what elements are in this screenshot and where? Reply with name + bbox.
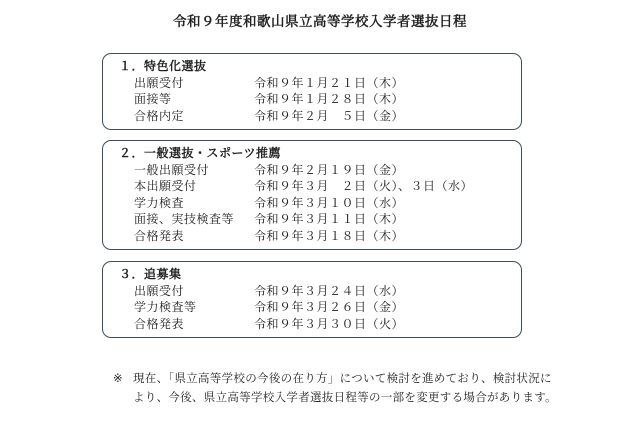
reference-mark: ※	[113, 370, 133, 408]
event-date: 令和９年３月１８日（木）	[254, 228, 521, 245]
footnote: ※ 現在、「県立高等学校の今後の在り方」について検討を進めており、検討状況に よ…	[113, 370, 640, 408]
schedule-row: 合格内定 令和９年２月 ５日（金）	[119, 108, 521, 125]
section-heading: ３．追募集	[119, 266, 521, 283]
event-date: 令和９年２月１９日（金）	[254, 162, 521, 179]
page-title: 令和９年度和歌山県立高等学校入学者選抜日程	[0, 0, 640, 30]
section-tsuibosyu: ３．追募集 出願受付 令和９年３月２４日（水） 学力検査等 令和９年３月２６日（…	[102, 261, 522, 338]
event-date: 令和９年１月２１日（木）	[254, 75, 521, 92]
schedule-row: 出願受付 令和９年３月２４日（水）	[119, 283, 521, 300]
footnote-text: 現在、「県立高等学校の今後の在り方」について検討を進めており、検討状況に より、…	[133, 370, 557, 408]
schedule-document: 令和９年度和歌山県立高等学校入学者選抜日程 １．特色化選抜 出願受付 令和９年１…	[0, 0, 640, 426]
event-label: 合格発表	[134, 316, 254, 333]
section-ippan-senbatsu-sports-suisen: ２．一般選抜・スポーツ推薦 一般出願受付 令和９年２月１９日（金） 本出願受付 …	[102, 140, 522, 250]
schedule-row: 合格発表 令和９年３月３０日（火）	[119, 316, 521, 333]
event-date: 令和９年３月２４日（水）	[254, 283, 521, 300]
schedule-row: 学力検査等 令和９年３月２６日（金）	[119, 299, 521, 316]
schedule-row: 一般出願受付 令和９年２月１９日（金）	[119, 162, 521, 179]
event-label: 合格内定	[134, 108, 254, 125]
schedule-row: 学力検査 令和９年３月１０日（水）	[119, 195, 521, 212]
event-label: 本出願受付	[134, 178, 254, 195]
event-date: 令和９年３月１１日（木）	[254, 211, 521, 228]
schedule-row: 本出願受付 令和９年３月 ２日（火）、３日（水）	[119, 178, 521, 195]
section-tokushokuka-senbatsu: １．特色化選抜 出願受付 令和９年１月２１日（木） 面接等 令和９年１月２８日（…	[102, 53, 522, 130]
event-label: 一般出願受付	[134, 162, 254, 179]
schedule-row: 出願受付 令和９年１月２１日（木）	[119, 75, 521, 92]
footnote-line: 現在、「県立高等学校の今後の在り方」について検討を進めており、検討状況に	[133, 370, 557, 389]
schedule-row: 面接、実技検査等 令和９年３月１１日（木）	[119, 211, 521, 228]
event-date: 令和９年１月２８日（木）	[254, 91, 521, 108]
section-heading: ２．一般選抜・スポーツ推薦	[119, 145, 521, 162]
event-label: 学力検査等	[134, 299, 254, 316]
event-label: 出願受付	[134, 283, 254, 300]
event-label: 合格発表	[134, 228, 254, 245]
event-date: 令和９年３月２６日（金）	[254, 299, 521, 316]
event-label: 出願受付	[134, 75, 254, 92]
schedule-row: 面接等 令和９年１月２８日（木）	[119, 91, 521, 108]
event-date: 令和９年３月 ２日（火）、３日（水）	[254, 178, 521, 195]
footnote-line: より、今後、県立高等学校入学者選抜日程等の一部を変更する場合があります。	[133, 389, 557, 408]
event-date: 令和９年２月 ５日（金）	[254, 108, 521, 125]
event-label: 面接、実技検査等	[134, 211, 254, 228]
event-date: 令和９年３月１０日（水）	[254, 195, 521, 212]
event-date: 令和９年３月３０日（火）	[254, 316, 521, 333]
section-heading: １．特色化選抜	[119, 58, 521, 75]
schedule-row: 合格発表 令和９年３月１８日（木）	[119, 228, 521, 245]
event-label: 学力検査	[134, 195, 254, 212]
event-label: 面接等	[134, 91, 254, 108]
